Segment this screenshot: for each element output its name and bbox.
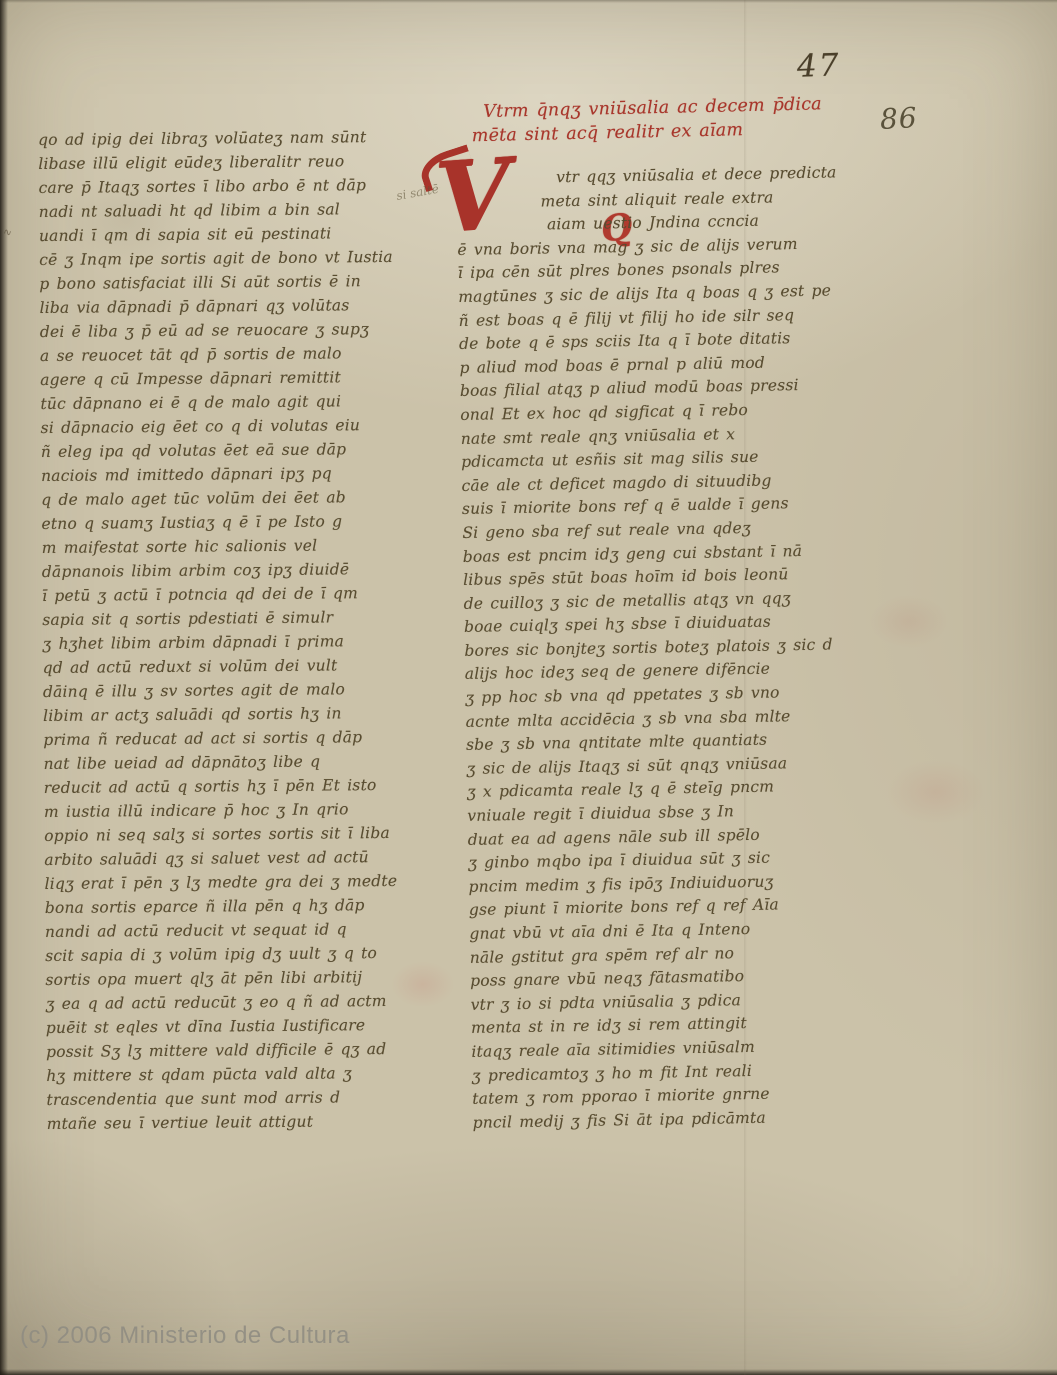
manuscript-text-line: puēit st eqles vt dīna Iustia Iustificar… [46, 1012, 464, 1040]
page-edge-shadow-bottom [0, 1369, 1057, 1375]
manuscript-text-line: agere q cū Impesse dāpnari remittit [40, 364, 458, 392]
manuscript-text-line: possit Sʒ lʒ mittere vald difficile ē qʒ… [46, 1036, 464, 1064]
copyright-watermark: (c) 2006 Ministerio de Cultura [20, 1322, 350, 1350]
manuscript-text-line: oppio ni seq salʒ si sortes sortis sit ī… [44, 820, 462, 848]
manuscript-text-line: hʒ mittere st qdam pūcta vald alta ʒ [46, 1060, 464, 1088]
text-column-right: vtr qqʒ vniūsalia et dece predictameta s… [456, 161, 897, 1136]
manuscript-text-line: si dāpnacio eig ēet co q di volutas eiu [41, 412, 459, 440]
manuscript-text-line: arbito saluādi qʒ si saluet vest ad actū [44, 844, 462, 872]
manuscript-text-line: sapia sit q sortis pdestiati ē simulr [42, 604, 460, 632]
manuscript-text-line: p bono satisfaciat illi Si aūt sortis ē … [39, 268, 457, 296]
rubric-heading: Vtrm q̄nqʒ vniūsalia ac decem p̄dica mēt… [483, 90, 904, 148]
manuscript-text-line: m maifestat sorte hic salionis vel [42, 532, 460, 560]
manuscript-text-line: q de malo aget tūc volūm dei ēet ab [41, 484, 459, 512]
manuscript-text-line: prima ñ reducat ad act si sortis q dāp [43, 724, 461, 752]
manuscript-text-line: uandi ī qm di sapia sit eū pestinati [39, 220, 457, 248]
manuscript-text-line: ʒ hʒhet libim arbim dāpnadi ī prima [42, 628, 460, 656]
manuscript-text-line: trascendentia que sunt mod arris d [46, 1084, 464, 1112]
manuscript-text-line: cē ʒ Inqm ipe sortis agit de bono vt Ius… [39, 244, 457, 272]
manuscript-text-line: qd ad actū reduxt si volūm dei vult [43, 652, 461, 680]
manuscript-text-line: ʒ ea q ad actū reducūt ʒ eo q ñ ad actm [46, 988, 464, 1016]
manuscript-text-line: liqʒ erat ī pēn ʒ lʒ medte gra dei ʒ med… [44, 868, 462, 896]
manuscript-text-line: m iustia illū indicare p̄ hoc ʒ In qrio [44, 796, 462, 824]
manuscript-text-line: nandi ad actū reducit vt sequat id q [45, 916, 463, 944]
manuscript-text-line: libase illū eligit eūdeʒ liberalitr reuo [38, 148, 456, 176]
manuscript-text-line: reducit ad actū q sortis hʒ ī pēn Et ist… [44, 772, 462, 800]
manuscript-text-line: liba via dāpnadi p̄ dāpnari qʒ volūtas [39, 292, 457, 320]
manuscript-text-line: nadi nt saluadi ht qd libim a bin sal [39, 196, 457, 224]
page-edge-shadow-top [0, 0, 1057, 3]
margin-pen-mark: ∿ [1, 225, 13, 240]
manuscript-text-line: qo ad ipig dei libraʒ volūateʒ nam sūnt [38, 124, 456, 152]
manuscript-page-scan: 47 86 Vtrm q̄nqʒ vniūsalia ac decem p̄di… [0, 0, 1057, 1375]
manuscript-text-line: tūc dāpnano ei ē q de malo agit qui [40, 388, 458, 416]
manuscript-text-line: ñ eleg ipa qd volutas ēet eā sue dāp [41, 436, 459, 464]
manuscript-text-line: bona sortis eparce ñ illa pēn q hʒ dāp [45, 892, 463, 920]
manuscript-text-line: dāinq ē illu ʒ sv sortes agit de malo [43, 676, 461, 704]
manuscript-text-line: naciois md imittedo dāpnari ipʒ pq [41, 460, 459, 488]
folio-number-top: 47 [796, 47, 841, 84]
manuscript-text-line: libim ar actʒ saluādi qd sortis hʒ in [43, 700, 461, 728]
manuscript-text-line: ī petū ʒ actū ī potncia qd dei de ī qm [42, 580, 460, 608]
manuscript-text-line: sortis opa muert qlʒ āt pēn libi arbitij [45, 964, 463, 992]
manuscript-text-line: dāpnanois libim arbim coʒ ipʒ diuidē [42, 556, 460, 584]
manuscript-text-line: care p̄ Itaqʒ sortes ī libo arbo ē nt dā… [38, 172, 456, 200]
text-column-left: qo ad ipig dei libraʒ volūateʒ nam sūntl… [38, 124, 465, 1136]
manuscript-text-line: mtañe seu ī vertiue leuit attigut [47, 1108, 465, 1136]
manuscript-text-line: etno q suamʒ Iustiaʒ q ē ī pe Isto g [41, 508, 459, 536]
manuscript-text-line: scit sapia di ʒ volūm ipig dʒ uult ʒ q t… [45, 940, 463, 968]
manuscript-text-line: nat libe ueiad ad dāpnātoʒ libe q [43, 748, 461, 776]
manuscript-text-line: a se reuocet tāt qd p̄ sortis de malo [40, 340, 458, 368]
manuscript-text-line: dei ē liba ʒ p̄ eū ad se reuocare ʒ supʒ [40, 316, 458, 344]
page-edge-shadow-left [0, 0, 8, 1375]
